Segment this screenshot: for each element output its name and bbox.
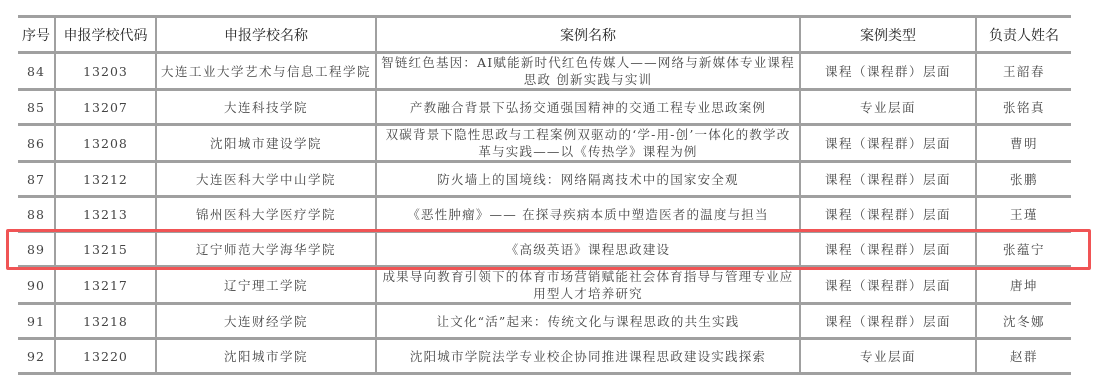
- table-row: 86 13208 沈阳城市建设学院 双碳背景下隐性思政与工程案例双驱动的‘学-用…: [18, 125, 1071, 162]
- cell-case-name: 《恶性肿瘤》—— 在探寻疾病本质中塑造医者的温度与担当: [376, 197, 800, 232]
- cell-seq: 92: [18, 339, 55, 374]
- cell-case-type: 课程（课程群）层面: [800, 162, 976, 197]
- cell-seq: 88: [18, 197, 55, 232]
- table-row: 92 13220 沈阳城市学院 沈阳城市学院法学专业校企协同推进课程思政建设实践…: [18, 339, 1071, 374]
- cell-school-name: 大连医科大学中山学院: [156, 162, 376, 197]
- case-list-table: 序号 申报学校代码 申报学校名称 案例名称 案例类型 负责人姓名 84 1320…: [18, 15, 1071, 375]
- cell-case-type: 专业层面: [800, 90, 976, 125]
- cell-seq: 91: [18, 304, 55, 339]
- cell-school-name: 辽宁师范大学海华学院: [156, 232, 376, 267]
- cell-leader-name: 沈冬娜: [976, 304, 1071, 339]
- header-case-name: 案例名称: [376, 17, 800, 53]
- cell-case-type: 课程（课程群）层面: [800, 267, 976, 304]
- cell-seq: 89: [18, 232, 55, 267]
- cell-school-code: 13208: [55, 125, 156, 162]
- cell-school-code: 13213: [55, 197, 156, 232]
- table-row: 85 13207 大连科技学院 产教融合背景下弘扬交通强国精神的交通工程专业思政…: [18, 90, 1071, 125]
- cell-seq: 86: [18, 125, 55, 162]
- cell-leader-name: 曹明: [976, 125, 1071, 162]
- cell-case-name: 让文化“活”起来：传统文化与课程思政的共生实践: [376, 304, 800, 339]
- cell-seq: 84: [18, 53, 55, 90]
- cell-case-type: 课程（课程群）层面: [800, 53, 976, 90]
- cell-leader-name: 王瑾: [976, 197, 1071, 232]
- cell-school-code: 13218: [55, 304, 156, 339]
- cell-school-code: 13215: [55, 232, 156, 267]
- cell-school-name: 锦州医科大学医疗学院: [156, 197, 376, 232]
- cell-case-type: 专业层面: [800, 339, 976, 374]
- cell-case-name: 沈阳城市学院法学专业校企协同推进课程思政建设实践探索: [376, 339, 800, 374]
- cell-leader-name: 唐坤: [976, 267, 1071, 304]
- cell-school-name: 沈阳城市学院: [156, 339, 376, 374]
- cell-leader-name: 王韶春: [976, 53, 1071, 90]
- table-row: 87 13212 大连医科大学中山学院 防火墙上的国境线：网络隔离技术中的国家安…: [18, 162, 1071, 197]
- table-row: 91 13218 大连财经学院 让文化“活”起来：传统文化与课程思政的共生实践 …: [18, 304, 1071, 339]
- cell-leader-name: 张铭真: [976, 90, 1071, 125]
- cell-school-code: 13220: [55, 339, 156, 374]
- table-row: 90 13217 辽宁理工学院 成果导向教育引领下的体育市场营销赋能社会体育指导…: [18, 267, 1071, 304]
- cell-school-code: 13203: [55, 53, 156, 90]
- cell-school-name: 大连科技学院: [156, 90, 376, 125]
- cell-school-name: 沈阳城市建设学院: [156, 125, 376, 162]
- cell-case-name: 成果导向教育引领下的体育市场营销赋能社会体育指导与管理专业应用型人才培养研究: [376, 267, 800, 304]
- cell-case-type: 课程（课程群）层面: [800, 232, 976, 267]
- cell-case-name: 智链红色基因：AI赋能新时代红色传媒人——网络与新媒体专业课程思政 创新实践与实…: [376, 53, 800, 90]
- cell-leader-name: 张鹏: [976, 162, 1071, 197]
- cell-case-name: 产教融合背景下弘扬交通强国精神的交通工程专业思政案例: [376, 90, 800, 125]
- table-header-row: 序号 申报学校代码 申报学校名称 案例名称 案例类型 负责人姓名: [18, 17, 1071, 53]
- header-case-type: 案例类型: [800, 17, 976, 53]
- cell-leader-name: 赵群: [976, 339, 1071, 374]
- cell-school-code: 13207: [55, 90, 156, 125]
- cell-seq: 87: [18, 162, 55, 197]
- header-leader-name: 负责人姓名: [976, 17, 1071, 53]
- cell-case-name: 防火墙上的国境线：网络隔离技术中的国家安全观: [376, 162, 800, 197]
- header-school-name: 申报学校名称: [156, 17, 376, 53]
- cell-school-name: 大连工业大学艺术与信息工程学院: [156, 53, 376, 90]
- cell-seq: 85: [18, 90, 55, 125]
- cell-case-type: 课程（课程群）层面: [800, 197, 976, 232]
- table-row: 88 13213 锦州医科大学医疗学院 《恶性肿瘤》—— 在探寻疾病本质中塑造医…: [18, 197, 1071, 232]
- cell-school-code: 13212: [55, 162, 156, 197]
- cell-case-name: 《高级英语》课程思政建设: [376, 232, 800, 267]
- cell-leader-name: 张蕴宁: [976, 232, 1071, 267]
- cell-school-name: 大连财经学院: [156, 304, 376, 339]
- cell-case-type: 课程（课程群）层面: [800, 125, 976, 162]
- cell-seq: 90: [18, 267, 55, 304]
- cell-school-name: 辽宁理工学院: [156, 267, 376, 304]
- header-seq: 序号: [18, 17, 55, 53]
- table-row: 84 13203 大连工业大学艺术与信息工程学院 智链红色基因：AI赋能新时代红…: [18, 53, 1071, 90]
- cell-school-code: 13217: [55, 267, 156, 304]
- cell-case-name: 双碳背景下隐性思政与工程案例双驱动的‘学-用-创’一体化的教学改革与实践——以《…: [376, 125, 800, 162]
- cell-case-type: 课程（课程群）层面: [800, 304, 976, 339]
- table-row-highlighted: 89 13215 辽宁师范大学海华学院 《高级英语》课程思政建设 课程（课程群）…: [18, 232, 1071, 267]
- header-school-code: 申报学校代码: [55, 17, 156, 53]
